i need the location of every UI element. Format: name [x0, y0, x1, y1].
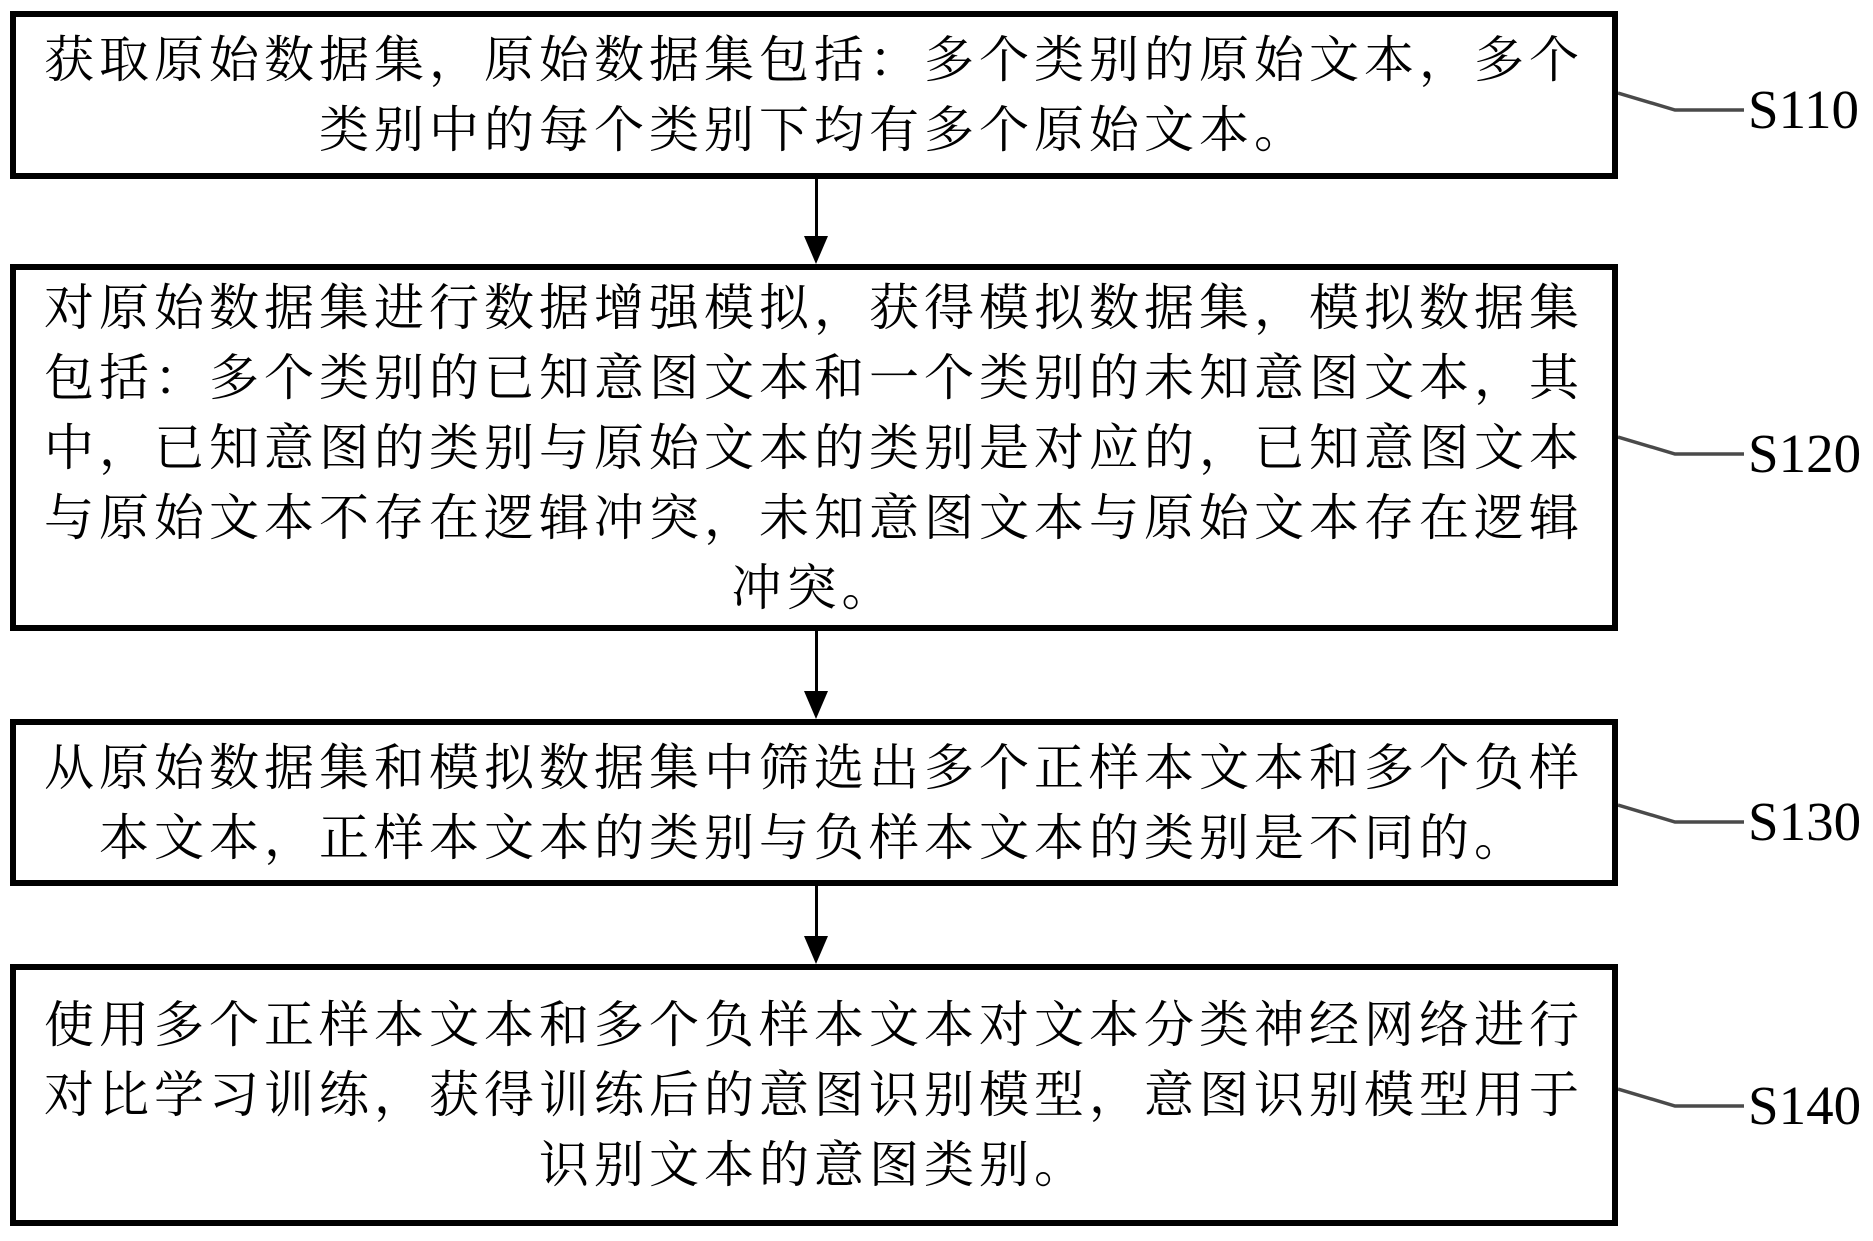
step-label: S110: [1748, 77, 1873, 143]
step-label: S130: [1748, 789, 1873, 855]
flow-step-text-line: 本文本，正样本文本的类别与负样本文本的类别是不同的。: [16, 803, 1612, 873]
flow-step-text-line: 获取原始数据集，原始数据集包括：多个类别的原始文本，多个: [16, 25, 1612, 95]
flow-step-text-line: 中，已知意图的类别与原始文本的类别是对应的，已知意图文本: [16, 413, 1612, 483]
leader-line: [1618, 1087, 1748, 1127]
flow-step-box-s110: 获取原始数据集，原始数据集包括：多个类别的原始文本，多个 类别中的每个类别下均有…: [10, 11, 1618, 179]
flow-step-text-line: 类别中的每个类别下均有多个原始文本。: [16, 95, 1612, 165]
flow-step-box-s120: 对原始数据集进行数据增强模拟，获得模拟数据集，模拟数据集 包括：多个类别的已知意…: [10, 264, 1618, 631]
step-label: S120: [1748, 421, 1873, 487]
flow-step-text-line: 使用多个正样本文本和多个负样本文本对文本分类神经网络进行: [16, 990, 1612, 1060]
flow-step-box-s130: 从原始数据集和模拟数据集中筛选出多个正样本文本和多个负样 本文本，正样本文本的类…: [10, 719, 1618, 886]
flow-step-text-line: 包括：多个类别的已知意图文本和一个类别的未知意图文本，其: [16, 343, 1612, 413]
leader-line: [1618, 435, 1748, 475]
flow-step-text-line: 与原始文本不存在逻辑冲突，未知意图文本与原始文本存在逻辑: [16, 483, 1612, 553]
flow-step-text-line: 冲突。: [16, 553, 1612, 623]
flow-step-box-s140: 使用多个正样本文本和多个负样本文本对文本分类神经网络进行 对比学习训练，获得训练…: [10, 964, 1618, 1226]
flow-step-text-line: 识别文本的意图类别。: [16, 1130, 1612, 1200]
leader-line: [1618, 803, 1748, 843]
flow-step-text-line: 对原始数据集进行数据增强模拟，获得模拟数据集，模拟数据集: [16, 273, 1612, 343]
flow-step-text-line: 从原始数据集和模拟数据集中筛选出多个正样本文本和多个负样: [16, 733, 1612, 803]
step-label: S140: [1748, 1073, 1873, 1139]
patent-flowchart: 获取原始数据集，原始数据集包括：多个类别的原始文本，多个 类别中的每个类别下均有…: [0, 0, 1873, 1241]
flow-step-text-line: 对比学习训练，获得训练后的意图识别模型，意图识别模型用于: [16, 1060, 1612, 1130]
leader-line: [1618, 91, 1748, 131]
